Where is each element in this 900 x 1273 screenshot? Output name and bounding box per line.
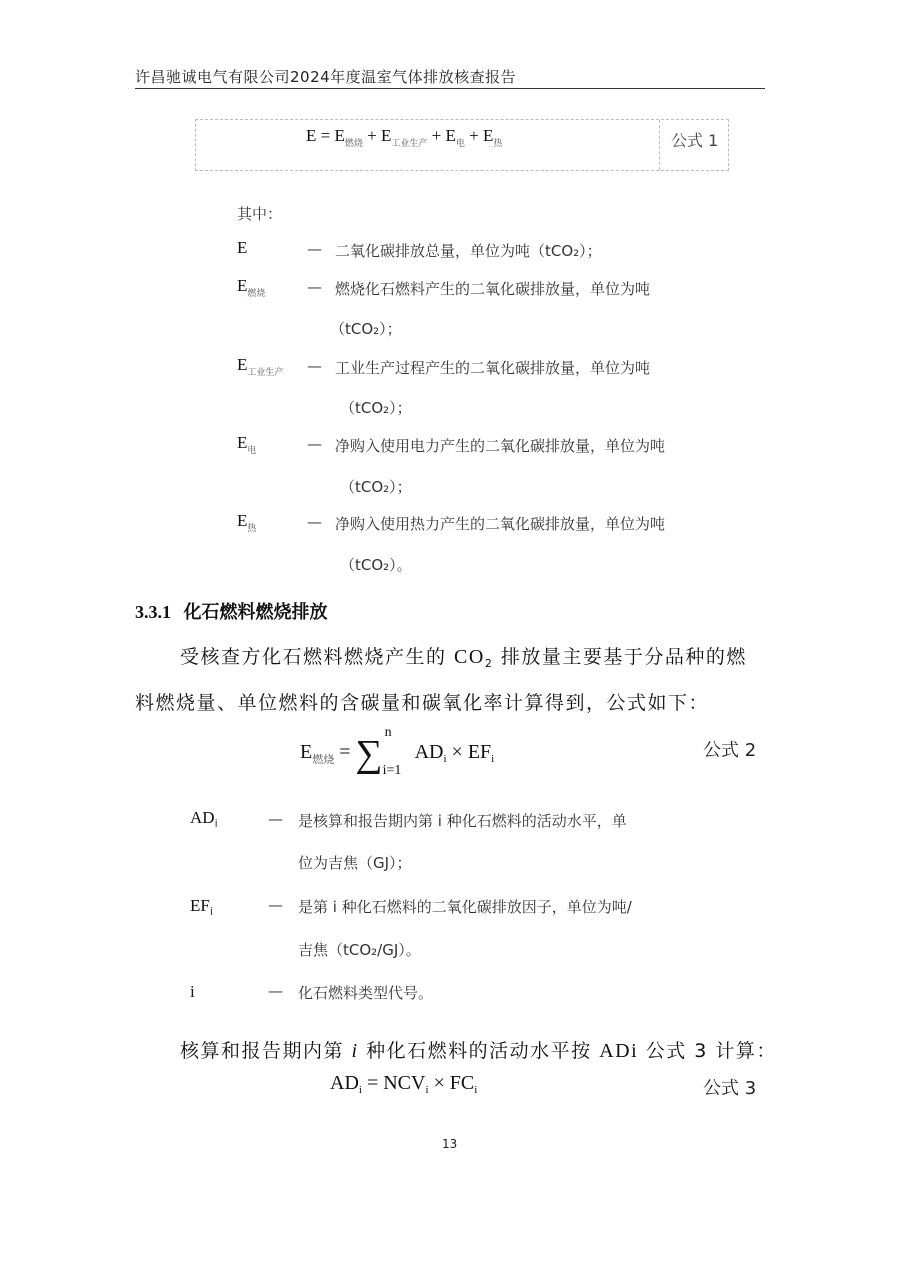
- formula-3-ncv: = NCV: [362, 1072, 426, 1094]
- sum-upper-limit: n: [385, 725, 392, 741]
- definition-dash: —: [268, 982, 283, 1000]
- formula-1-term: + E: [363, 126, 391, 145]
- definition-item: EFi: [190, 896, 213, 918]
- text-run: 核算和报告期内第: [180, 1040, 352, 1062]
- subscript: i: [474, 1084, 477, 1096]
- equals-sign: =: [334, 741, 355, 763]
- definition-item: ADi: [190, 808, 218, 830]
- formula-2-ef: × EF: [447, 741, 492, 763]
- definition-symbol: i: [190, 982, 195, 1001]
- formula-2-ad: AD: [415, 741, 444, 763]
- definition-item: E工业生产: [237, 355, 283, 378]
- formula-1-sub-combustion: 燃烧: [345, 139, 363, 149]
- definition-text: 净购入使用热力产生的二氧化碳排放量，单位为吨: [335, 513, 665, 534]
- definition-text: 工业生产过程产生的二氧化碳排放量，单位为吨: [335, 357, 650, 378]
- definition-dash: —: [268, 896, 283, 914]
- definition-text: 是第 i 种化石燃料的二氧化碳排放因子，单位为吨/: [298, 896, 632, 917]
- definition-text-continued: （tCO₂）；: [340, 476, 412, 497]
- summation-sign: ∑: [356, 733, 383, 775]
- definition-subscript: 电: [247, 446, 256, 456]
- definition-subscript: 燃烧: [247, 289, 265, 299]
- definition-dash: —: [268, 810, 283, 828]
- formula-1-sub-electricity: 电: [456, 139, 465, 149]
- formula-1: E = E燃烧 + E工业生产 + E电 + E热: [306, 126, 502, 149]
- definition-symbol: E: [237, 511, 247, 530]
- definition-item: i: [190, 982, 195, 1002]
- definition-item: E: [237, 238, 247, 258]
- formula-3-ad: AD: [330, 1072, 359, 1094]
- definition-item: E电: [237, 433, 256, 456]
- formula-2-lhs-sub: 燃烧: [312, 753, 334, 766]
- section-title: 化石燃料燃烧排放: [184, 602, 328, 623]
- page-header: 许昌驰诚电气有限公司2024年度温室气体排放核查报告: [135, 66, 516, 87]
- formula-1-sub-industrial: 工业生产: [391, 139, 427, 149]
- definition-subscript: i: [210, 905, 213, 918]
- formula-3-label: 公式 3: [703, 1074, 756, 1100]
- text-run: 公式 3 计算：: [638, 1040, 777, 1062]
- definition-text: 是核算和报告期内第 i 种化石燃料的活动水平，单: [298, 810, 627, 831]
- formula-1-sub-heat: 热: [493, 139, 502, 149]
- paragraph-1-line-1: 受核查方化石燃料燃烧产生的 CO2 排放量主要基于分品种的燃: [180, 642, 747, 670]
- formula-1-label: 公式 1: [671, 128, 718, 151]
- definition-dash: —: [307, 513, 322, 531]
- subscript: i: [491, 753, 494, 765]
- formula-1-term: + E: [465, 126, 493, 145]
- definition-text: 化石燃料类型代号。: [298, 982, 433, 1003]
- definition-item: E热: [237, 511, 256, 534]
- section-heading: 3.3.1 化石燃料燃烧排放: [135, 598, 328, 624]
- definition-symbol: E: [237, 433, 247, 452]
- definition-symbol: E: [237, 355, 247, 374]
- formula-2-lhs: E: [300, 741, 312, 763]
- definition-subscript: 热: [247, 524, 256, 534]
- definition-symbol: AD: [190, 808, 215, 827]
- paragraph-1-line-2: 料燃烧量、单位燃料的含碳量和碳氧化率计算得到，公式如下：: [135, 688, 709, 715]
- definition-subscript: 工业生产: [247, 368, 283, 378]
- formula-1-cell: E = E燃烧 + E工业生产 + E电 + E热: [196, 120, 660, 170]
- text-run: 受核查方化石燃料燃烧产生的: [180, 646, 454, 668]
- formula-2: E燃烧 = ∑ni=1ADi × EFi: [300, 732, 494, 776]
- text-run: ADi: [599, 1040, 638, 1062]
- definition-text-continued: 位为吉焦（GJ）；: [298, 852, 412, 873]
- formula-3-fc: × FC: [429, 1072, 475, 1094]
- formula-3: ADi = NCVi × FCi: [330, 1072, 477, 1096]
- definition-text: 净购入使用电力产生的二氧化碳排放量，单位为吨: [335, 435, 665, 456]
- formula-1-lhs: E = E: [306, 126, 345, 145]
- definition-dash: —: [307, 435, 322, 453]
- paragraph-2: 核算和报告期内第 i 种化石燃料的活动水平按 ADi 公式 3 计算：: [180, 1036, 777, 1063]
- formula-1-term: + E: [427, 126, 455, 145]
- text-run: 种化石燃料的活动水平按: [359, 1040, 600, 1062]
- text-run: 排放量主要基于分品种的燃: [493, 646, 747, 668]
- page-number: 13: [442, 1137, 457, 1151]
- text-run: CO: [454, 646, 485, 668]
- definition-text-continued: （tCO₂）。: [340, 554, 412, 575]
- definition-symbol: E: [237, 238, 247, 257]
- definition-symbol: E: [237, 276, 247, 295]
- definition-item: E燃烧: [237, 276, 265, 299]
- where-label: 其中：: [237, 203, 282, 224]
- definition-subscript: i: [215, 817, 218, 830]
- sum-lower-limit: i=1: [383, 763, 402, 779]
- definition-text-continued: （tCO₂）；: [330, 318, 402, 339]
- definition-dash: —: [307, 278, 322, 296]
- header-rule: [135, 88, 765, 89]
- definition-text-continued: （tCO₂）；: [340, 397, 412, 418]
- definition-text: 燃烧化石燃料产生的二氧化碳排放量，单位为吨: [335, 278, 650, 299]
- section-number: 3.3.1: [135, 602, 171, 622]
- formula-2-label: 公式 2: [703, 736, 756, 762]
- formula-1-box: E = E燃烧 + E工业生产 + E电 + E热 公式 1: [195, 119, 729, 171]
- definition-dash: —: [307, 357, 322, 375]
- definition-dash: —: [307, 240, 322, 258]
- text-run: i: [352, 1040, 359, 1062]
- definition-text-continued: 吉焦（tCO₂/GJ）。: [298, 939, 421, 960]
- definition-text: 二氧化碳排放总量，单位为吨（tCO₂）；: [335, 240, 602, 261]
- definition-symbol: EF: [190, 896, 210, 915]
